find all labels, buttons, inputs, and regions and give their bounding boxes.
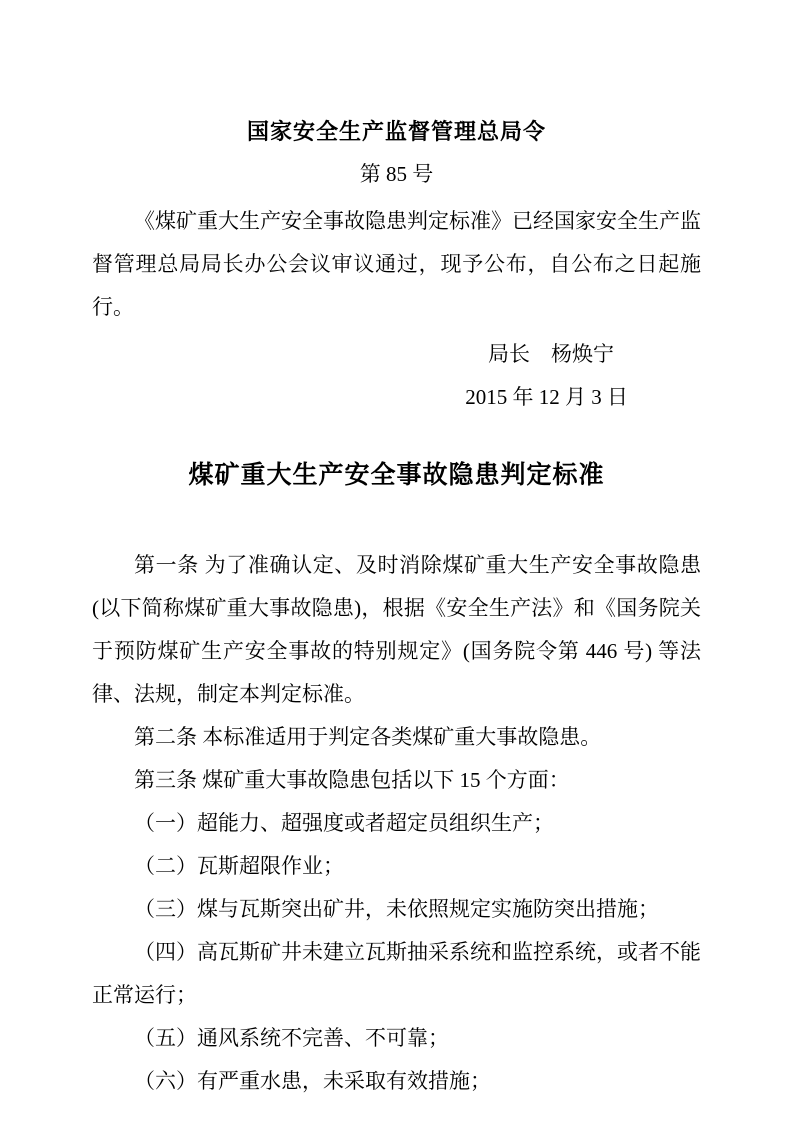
document-body: 第一条 为了准确认定、及时消除煤矿重大生产安全事故隐患(以下简称煤矿重大事故隐患… xyxy=(92,544,701,1103)
document-page: 国家安全生产监督管理总局令 第 85 号 《煤矿重大生产安全事故隐患判定标准》已… xyxy=(0,0,793,1122)
list-item-paragraph: （五）通风系统不完善、不可靠； xyxy=(92,1017,701,1060)
article-paragraph: 第二条 本标准适用于判定各类煤矿重大事故隐患。 xyxy=(92,716,701,759)
order-number: 第 85 号 xyxy=(92,153,701,196)
list-item-paragraph: （四）高瓦斯矿井未建立瓦斯抽采系统和监控系统，或者不能正常运行； xyxy=(92,931,701,1017)
signature-line: 局长 杨焕宁 xyxy=(92,333,701,376)
list-item-paragraph: （六）有严重水患，未采取有效措施； xyxy=(92,1060,701,1103)
list-item-paragraph: （一）超能力、超强度或者超定员组织生产； xyxy=(92,802,701,845)
article-paragraph: 第三条 煤矿重大事故隐患包括以下 15 个方面： xyxy=(92,759,701,802)
date-line: 2015 年 12 月 3 日 xyxy=(92,376,701,419)
article-paragraph: 第一条 为了准确认定、及时消除煤矿重大生产安全事故隐患(以下简称煤矿重大事故隐患… xyxy=(92,544,701,716)
preamble-paragraph: 《煤矿重大生产安全事故隐患判定标准》已经国家安全生产监督管理总局局长办公会议审议… xyxy=(92,200,701,329)
doc-title: 国家安全生产监督管理总局令 xyxy=(92,110,701,153)
standard-title: 煤矿重大生产安全事故隐患判定标准 xyxy=(92,453,701,498)
list-item-paragraph: （三）煤与瓦斯突出矿井，未依照规定实施防突出措施； xyxy=(92,888,701,931)
list-item-paragraph: （二）瓦斯超限作业； xyxy=(92,845,701,888)
